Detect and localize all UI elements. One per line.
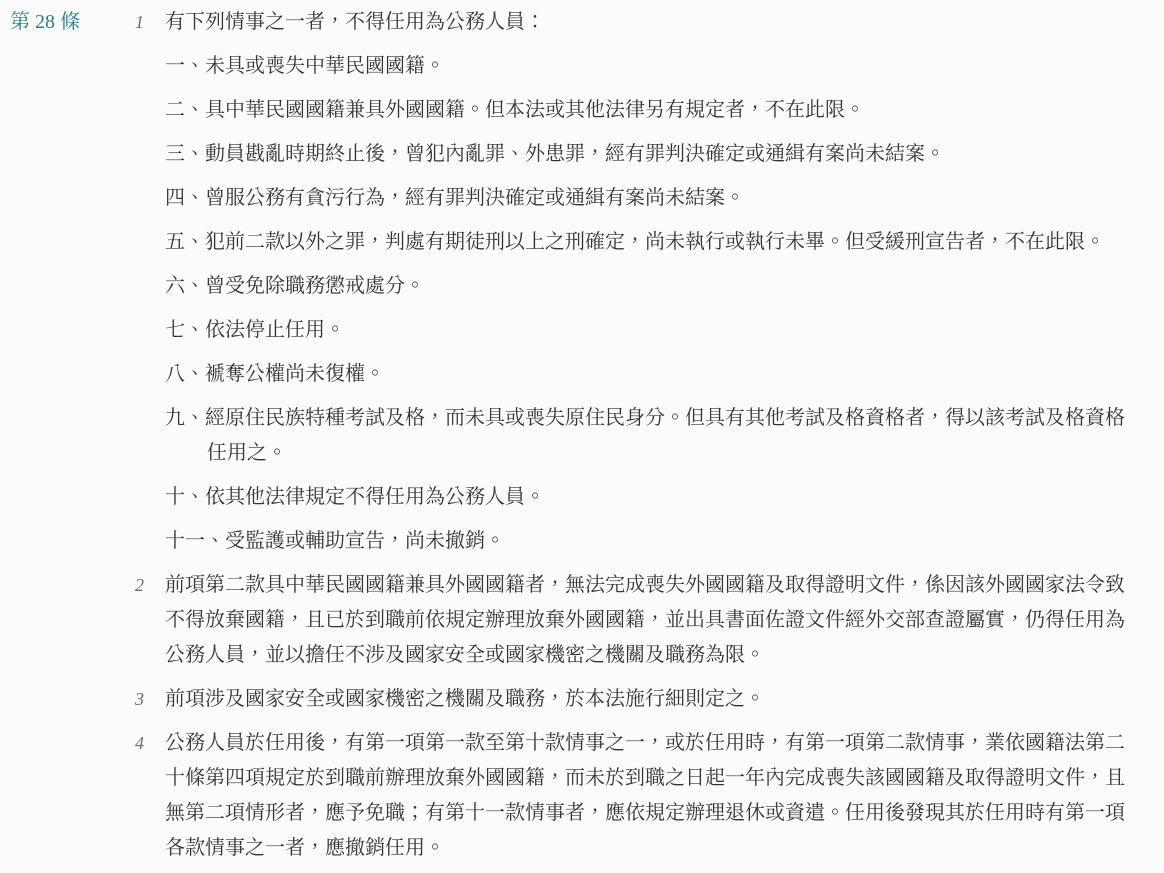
article-number[interactable]: 第 28 條 <box>10 5 135 40</box>
list-item: 九、經原住民族特種考試及格，而未具或喪失原住民身分。但具有其他考試及格資格者，得… <box>165 401 1137 471</box>
list-item: 四、曾服公務有貪污行為，經有罪判決確定或通緝有案尚未結案。 <box>165 181 1137 216</box>
paragraph-1: 1 有下列情事之一者，不得任用為公務人員： 一、未具或喪失中華民國國籍。 二、具… <box>135 5 1164 568</box>
paragraph-body: 前項第二款具中華民國國籍兼具外國國籍者，無法完成喪失外國國籍及取得證明文件，係因… <box>165 568 1137 682</box>
paragraph-text: 公務人員於任用後，有第一項第一款至第十款情事之一，或於任用時，有第一項第二款情事… <box>165 726 1137 866</box>
list-item: 一、未具或喪失中華民國國籍。 <box>165 49 1137 84</box>
list-item: 六、曾受免除職務懲戒處分。 <box>165 269 1137 304</box>
paragraph-number: 4 <box>135 726 165 761</box>
paragraph-number: 1 <box>135 5 165 40</box>
paragraph-number: 2 <box>135 568 165 603</box>
article-content: 1 有下列情事之一者，不得任用為公務人員： 一、未具或喪失中華民國國籍。 二、具… <box>135 5 1164 873</box>
paragraph-body: 公務人員於任用後，有第一項第一款至第十款情事之一，或於任用時，有第一項第二款情事… <box>165 726 1137 873</box>
paragraph-2: 2 前項第二款具中華民國國籍兼具外國國籍者，無法完成喪失外國國籍及取得證明文件，… <box>135 568 1164 682</box>
article-row: 第 28 條 1 有下列情事之一者，不得任用為公務人員： 一、未具或喪失中華民國… <box>10 5 1164 873</box>
list-item: 三、動員戡亂時期終止後，曾犯內亂罪、外患罪，經有罪判決確定或通緝有案尚未結案。 <box>165 137 1137 172</box>
paragraph-text: 有下列情事之一者，不得任用為公務人員： <box>165 5 1137 40</box>
list-item: 十、依其他法律規定不得任用為公務人員。 <box>165 480 1137 515</box>
paragraph-3: 3 前項涉及國家安全或國家機密之機關及職務，於本法施行細則定之。 <box>135 682 1164 726</box>
paragraph-body: 前項涉及國家安全或國家機密之機關及職務，於本法施行細則定之。 <box>165 682 1137 726</box>
list-item: 八、褫奪公權尚未復權。 <box>165 357 1137 392</box>
list-item: 二、具中華民國國籍兼具外國國籍。但本法或其他法律另有規定者，不在此限。 <box>165 93 1137 128</box>
paragraph-text: 前項第二款具中華民國國籍兼具外國國籍者，無法完成喪失外國國籍及取得證明文件，係因… <box>165 568 1137 673</box>
paragraph-text: 前項涉及國家安全或國家機密之機關及職務，於本法施行細則定之。 <box>165 682 1137 717</box>
paragraph-4: 4 公務人員於任用後，有第一項第一款至第十款情事之一，或於任用時，有第一項第二款… <box>135 726 1164 873</box>
paragraph-number: 3 <box>135 682 165 717</box>
list-item: 五、犯前二款以外之罪，判處有期徒刑以上之刑確定，尚未執行或執行未畢。但受緩刑宣告… <box>165 225 1137 260</box>
list-item: 十一、受監護或輔助宣告，尚未撤銷。 <box>165 524 1137 559</box>
paragraph-body: 有下列情事之一者，不得任用為公務人員： 一、未具或喪失中華民國國籍。 二、具中華… <box>165 5 1137 568</box>
list-item: 七、依法停止任用。 <box>165 313 1137 348</box>
